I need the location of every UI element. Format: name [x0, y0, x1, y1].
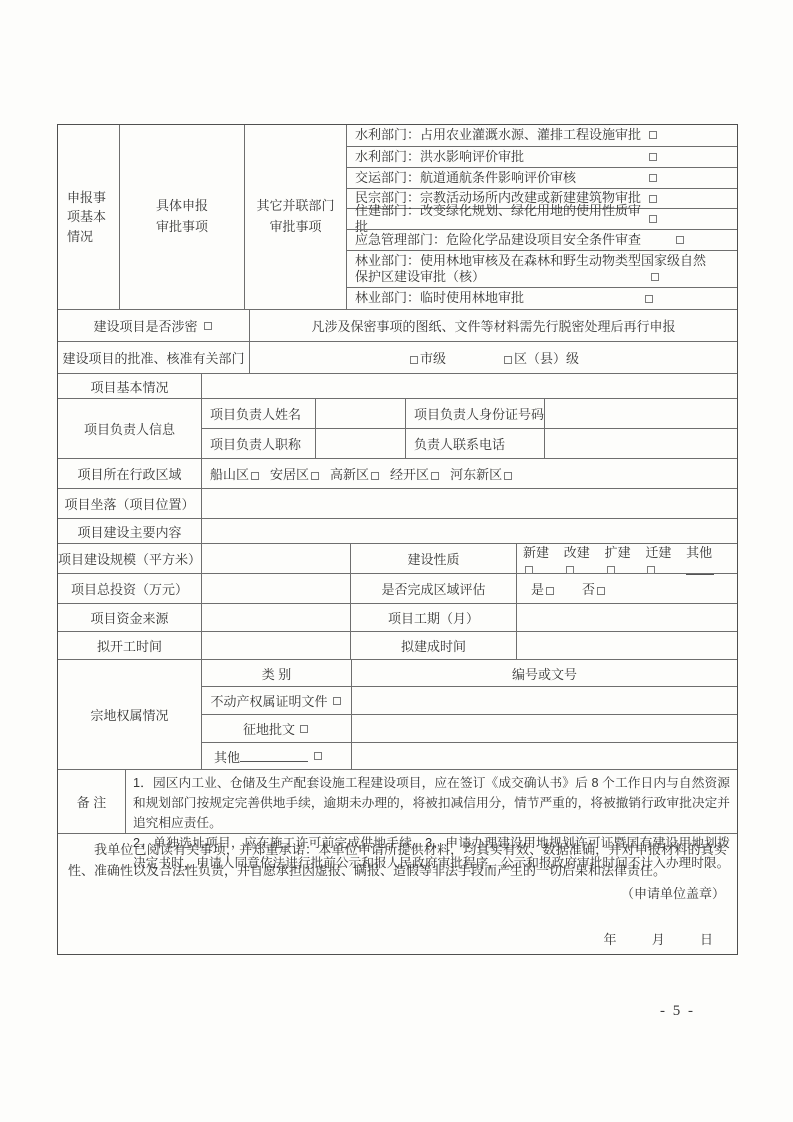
- checkbox[interactable]: [371, 472, 379, 480]
- declared-items-group-label: 申报事项基本情况: [67, 188, 110, 247]
- checkbox[interactable]: [546, 587, 554, 595]
- approval-option-district-label: 区（县）级: [514, 351, 579, 366]
- land-ownership-table: 类 别 编号或文号 不动产权属证明文件 征地批文: [201, 660, 737, 769]
- land-ownership-label-cell: 宗地权属情况: [58, 660, 201, 769]
- planned-start-label-cell: 拟开工时间: [58, 632, 201, 659]
- checkbox[interactable]: [333, 697, 341, 705]
- nature-option-other[interactable]: 其他: [686, 542, 737, 576]
- row-project-manager: 项目负责人信息 项目负责人姓名 项目负责人身份证号码 项目负责人职称: [58, 398, 737, 458]
- row-scale-nature: 项目建设规模（平方米） 建设性质 新建 改建 扩建 迁建 其他: [58, 543, 737, 573]
- parallel-item-label: 林业部门：使用林地审核及在森林和野生动物类型国家级自然保护区建设审批（核）: [355, 253, 729, 286]
- land-certificate-label: 不动产权属证明文件: [210, 691, 327, 710]
- project-location-label-cell: 项目坐落（项目位置）: [58, 489, 201, 518]
- other-parallel-dept-label-cell: 其它并联部门审批事项: [244, 125, 346, 309]
- date-line: 年 月 日: [603, 929, 713, 948]
- remarks-text-1: 1．园区内工业、仓储及生产配套设施工程建设项目，应在签订《成交确认书》后 8 个…: [133, 773, 730, 833]
- land-certificate-label-cell: 不动产权属证明文件: [202, 687, 351, 714]
- parallel-item: 应急管理部门：危险化学品建设项目安全条件审查: [347, 229, 737, 250]
- checkbox[interactable]: [645, 295, 653, 303]
- project-secrecy-note-cell: 凡涉及保密事项的图纸、文件等材料需先行脱密处理后再行申报: [249, 310, 737, 341]
- parallel-item: 住建部门：改变绿化规划、绿化用地的使用性质审批: [347, 208, 737, 229]
- funding-source-label: 项目资金来源: [90, 608, 168, 627]
- regional-assessment-label-cell: 是否完成区域评估: [350, 574, 516, 603]
- checkbox[interactable]: [651, 273, 659, 281]
- project-secrecy-label-cell: 建设项目是否涉密: [58, 310, 249, 341]
- planned-finish-label: 拟建成时间: [401, 636, 466, 655]
- regional-assessment-options-cell: 是 否: [516, 574, 737, 603]
- region-option-hedong[interactable]: 河东新区: [450, 464, 514, 483]
- project-application-form-table: 申报事项基本情况 具体申报审批事项 其它并联部门审批事项 水利部门：占用农业灌溉…: [57, 124, 738, 955]
- checkbox[interactable]: [504, 472, 512, 480]
- land-other-label-cell: 其他: [202, 743, 351, 769]
- region-option-jingkai[interactable]: 经开区: [390, 464, 441, 483]
- checkbox[interactable]: [311, 472, 319, 480]
- checkbox[interactable]: [410, 356, 418, 364]
- nature-option-label: 改建: [564, 545, 590, 560]
- declared-items-group-label-cell: 申报事项基本情况: [58, 125, 119, 309]
- nature-option-label: 新建: [523, 545, 549, 560]
- project-basic-info-blank-cell: [201, 374, 737, 398]
- remarks-content-cell: 1．园区内工业、仓储及生产配套设施工程建设项目，应在签订《成交确认书》后 8 个…: [125, 770, 737, 833]
- assessment-option-no[interactable]: 否: [582, 579, 607, 598]
- region-option-label: 经开区: [390, 467, 429, 482]
- parallel-item-label: 交运部门：航道通航条件影响评价审核: [355, 170, 647, 186]
- land-expropriation-label-cell: 征地批文: [202, 715, 351, 742]
- regional-assessment-label: 是否完成区域评估: [381, 579, 485, 598]
- other-parallel-dept-label: 其它并联部门审批事项: [255, 196, 336, 238]
- row-admin-region: 项目所在行政区域 船山区 安居区 高新区 经开区 河东新区: [58, 458, 737, 488]
- construction-scale-label-cell: 项目建设规模（平方米）: [58, 544, 201, 573]
- row-project-secrecy: 建设项目是否涉密 凡涉及保密事项的图纸、文件等材料需先行脱密处理后再行申报: [58, 309, 737, 341]
- admin-region-label-cell: 项目所在行政区域: [58, 459, 201, 488]
- date-month-label: 月: [652, 932, 665, 947]
- construction-scale-value: [201, 544, 350, 573]
- region-option-label: 高新区: [330, 467, 369, 482]
- land-expropriation-number-value: [351, 715, 737, 742]
- specific-approval-items-label-cell: 具体申报审批事项: [119, 125, 244, 309]
- land-expropriation-label: 征地批文: [243, 719, 295, 738]
- manager-name-value: [315, 399, 405, 428]
- row-declared-items: 申报事项基本情况 具体申报审批事项 其它并联部门审批事项 水利部门：占用农业灌溉…: [58, 125, 737, 309]
- parallel-item-label: 水利部门：洪水影响评价审批: [355, 149, 647, 165]
- checkbox[interactable]: [314, 752, 322, 760]
- land-row-expropriation: 征地批文: [202, 714, 737, 742]
- project-duration-label-cell: 项目工期（月）: [350, 604, 516, 631]
- checkbox[interactable]: [607, 566, 615, 574]
- declaration-cell: 我单位已阅读有关事项，并郑重承诺：本单位申请所提供材料，均真实有效、数据准确，并…: [58, 834, 737, 954]
- parallel-item-label: 应急管理部门：危险化学品建设项目安全条件审查: [355, 232, 674, 248]
- planned-finish-value: [516, 632, 737, 659]
- project-secrecy-note: 凡涉及保密事项的图纸、文件等材料需先行脱密处理后再行申报: [311, 316, 675, 335]
- row-start-finish: 拟开工时间 拟建成时间: [58, 631, 737, 659]
- seal-line: （申请单位盖章）: [68, 883, 727, 902]
- row-land-ownership: 宗地权属情况 类 别 编号或文号 不动产权属证明文件: [58, 659, 737, 769]
- region-option-anju[interactable]: 安居区: [270, 464, 321, 483]
- planned-start-label: 拟开工时间: [97, 636, 162, 655]
- land-ownership-label: 宗地权属情况: [90, 705, 168, 724]
- row-project-basic-info: 项目基本情况: [58, 373, 737, 398]
- assessment-option-yes[interactable]: 是: [531, 579, 556, 598]
- parallel-item: 水利部门：洪水影响评价审批: [347, 146, 737, 167]
- assessment-yes-label: 是: [531, 582, 544, 597]
- applicant-seal-label: （申请单位盖章）: [621, 886, 725, 901]
- checkbox[interactable]: [649, 215, 657, 223]
- planned-finish-label-cell: 拟建成时间: [350, 632, 516, 659]
- manager-phone-value: [544, 429, 737, 458]
- project-manager-label-cell: 项目负责人信息: [58, 399, 201, 458]
- nature-option-label: 扩建: [605, 545, 631, 560]
- nature-other-blank: [686, 563, 714, 575]
- construction-scale-label: 项目建设规模（平方米）: [58, 549, 201, 568]
- manager-name-label-cell: 项目负责人姓名: [202, 399, 315, 428]
- project-location-value: [201, 489, 737, 518]
- region-option-label: 船山区: [210, 467, 249, 482]
- manager-id-value: [544, 399, 737, 428]
- region-option-chuanshan[interactable]: 船山区: [210, 464, 261, 483]
- project-location-label: 项目坐落（项目位置）: [64, 494, 194, 513]
- region-option-gaoxin[interactable]: 高新区: [330, 464, 381, 483]
- scanned-form-page: 申报事项基本情况 具体申报审批事项 其它并联部门审批事项 水利部门：占用农业灌溉…: [0, 0, 793, 1122]
- row-remarks: 备 注 1．园区内工业、仓储及生产配套设施工程建设项目，应在签订《成交确认书》后…: [58, 769, 737, 833]
- checkbox[interactable]: [525, 566, 533, 574]
- parallel-item: 交运部门：航道通航条件影响评价审核: [347, 167, 737, 188]
- admin-region-options-cell: 船山区 安居区 高新区 经开区 河东新区: [201, 459, 737, 488]
- manager-subrow-2: 项目负责人职称 负责人联系电话: [202, 428, 737, 458]
- total-investment-value: [201, 574, 350, 603]
- total-investment-label-cell: 项目总投资（万元）: [58, 574, 201, 603]
- parallel-items-list: 水利部门：占用农业灌溉水源、灌排工程设施审批 水利部门：洪水影响评价审批 交运部…: [346, 125, 737, 309]
- checkbox[interactable]: [649, 195, 657, 203]
- approval-department-options-cell: 市级 区（县）级: [249, 342, 737, 373]
- land-other-label: 其他: [214, 747, 240, 766]
- project-basic-info-label: 项目基本情况: [90, 377, 168, 396]
- approval-option-district[interactable]: 区（县）级: [502, 348, 579, 367]
- row-funding-duration: 项目资金来源 项目工期（月）: [58, 603, 737, 631]
- construction-content-label: 项目建设主要内容: [77, 522, 181, 541]
- construction-nature-label: 建设性质: [407, 549, 459, 568]
- checkbox[interactable]: [647, 566, 655, 574]
- checkbox[interactable]: [251, 472, 259, 480]
- land-row-other: 其他: [202, 742, 737, 769]
- checkbox[interactable]: [204, 322, 212, 330]
- row-approval-department: 建设项目的批准、核准有关部门 市级 区（县）级: [58, 341, 737, 373]
- approval-department-label-cell: 建设项目的批准、核准有关部门: [58, 342, 249, 373]
- construction-nature-options-cell: 新建 改建 扩建 迁建 其他: [516, 544, 737, 573]
- parallel-item-label: 水利部门：占用农业灌溉水源、灌排工程设施审批: [355, 127, 647, 143]
- approval-department-label: 建设项目的批准、核准有关部门: [62, 348, 244, 367]
- checkbox[interactable]: [649, 174, 657, 182]
- land-other-number-value: [351, 743, 737, 769]
- nature-option-expand[interactable]: 扩建: [605, 542, 641, 576]
- manager-title-label: 项目负责人职称: [210, 434, 301, 453]
- row-project-location: 项目坐落（项目位置）: [58, 488, 737, 518]
- project-duration-value: [516, 604, 737, 631]
- nature-option-new[interactable]: 新建: [523, 542, 559, 576]
- declaration-text: 我单位已阅读有关事项，并郑重承诺：本单位申请所提供材料，均真实有效、数据准确，并…: [68, 840, 727, 882]
- checkbox[interactable]: [300, 725, 308, 733]
- manager-title-label-cell: 项目负责人职称: [202, 429, 315, 458]
- project-manager-fields: 项目负责人姓名 项目负责人身份证号码 项目负责人职称 负责人联系电话: [201, 399, 737, 458]
- checkbox[interactable]: [649, 153, 657, 161]
- manager-phone-label-cell: 负责人联系电话: [405, 429, 544, 458]
- checkbox[interactable]: [431, 472, 439, 480]
- assessment-no-label: 否: [582, 582, 595, 597]
- project-basic-info-label-cell: 项目基本情况: [58, 374, 201, 398]
- date-year-label: 年: [603, 932, 616, 947]
- admin-region-label: 项目所在行政区域: [77, 464, 181, 483]
- region-option-label: 河东新区: [450, 467, 502, 482]
- nature-option-relocate[interactable]: 迁建: [645, 542, 681, 576]
- row-declaration: 我单位已阅读有关事项，并郑重承诺：本单位申请所提供材料，均真实有效、数据准确，并…: [58, 833, 737, 954]
- nature-option-renovate[interactable]: 改建: [564, 542, 600, 576]
- checkbox[interactable]: [649, 131, 657, 139]
- total-investment-label: 项目总投资（万元）: [71, 579, 188, 598]
- manager-title-value: [315, 429, 405, 458]
- manager-name-label: 项目负责人姓名: [210, 404, 301, 423]
- parallel-item: 林业部门：使用林地审核及在森林和野生动物类型国家级自然保护区建设审批（核）: [347, 250, 737, 287]
- parallel-item: 林业部门：临时使用林地审批: [347, 287, 737, 309]
- nature-option-label: 迁建: [645, 545, 671, 560]
- parallel-item-label: 林业部门：临时使用林地审批: [355, 290, 643, 306]
- land-header-row: 类 别 编号或文号: [202, 660, 737, 686]
- project-secrecy-label: 建设项目是否涉密: [93, 316, 197, 335]
- checkbox[interactable]: [676, 236, 684, 244]
- approval-option-city-label: 市级: [420, 351, 446, 366]
- manager-phone-label: 负责人联系电话: [414, 434, 505, 453]
- date-day-label: 日: [700, 932, 713, 947]
- project-duration-label: 项目工期（月）: [388, 608, 479, 627]
- land-row-certificate: 不动产权属证明文件: [202, 686, 737, 714]
- checkbox[interactable]: [566, 566, 574, 574]
- land-category-header: 类 别: [262, 664, 292, 683]
- row-investment-assessment: 项目总投资（万元） 是否完成区域评估 是 否: [58, 573, 737, 603]
- manager-subrow-1: 项目负责人姓名 项目负责人身份证号码: [202, 399, 737, 428]
- row-construction-content: 项目建设主要内容: [58, 518, 737, 543]
- checkbox[interactable]: [504, 356, 512, 364]
- land-category-header-cell: 类 别: [202, 660, 351, 686]
- funding-source-label-cell: 项目资金来源: [58, 604, 201, 631]
- construction-nature-label-cell: 建设性质: [350, 544, 516, 573]
- remarks-label: 备 注: [77, 792, 107, 811]
- specific-approval-items-label: 具体申报审批事项: [155, 196, 208, 238]
- checkbox[interactable]: [597, 587, 605, 595]
- land-number-header: 编号或文号: [512, 664, 577, 683]
- parallel-item: 水利部门：占用农业灌溉水源、灌排工程设施审批: [347, 125, 737, 146]
- construction-content-value: [201, 519, 737, 543]
- land-other-blank: [240, 750, 308, 762]
- funding-source-value: [201, 604, 350, 631]
- nature-option-other-label: 其他: [686, 545, 712, 560]
- manager-id-label: 项目负责人身份证号码: [414, 404, 544, 423]
- land-number-header-cell: 编号或文号: [351, 660, 737, 686]
- planned-start-value: [201, 632, 350, 659]
- region-option-label: 安居区: [270, 467, 309, 482]
- page-number: - 5 -: [660, 1003, 695, 1020]
- approval-option-city[interactable]: 市级: [408, 348, 446, 367]
- remarks-label-cell: 备 注: [58, 770, 125, 833]
- land-certificate-number-value: [351, 687, 737, 714]
- manager-id-label-cell: 项目负责人身份证号码: [405, 399, 544, 428]
- project-manager-label: 项目负责人信息: [84, 419, 175, 438]
- construction-content-label-cell: 项目建设主要内容: [58, 519, 201, 543]
